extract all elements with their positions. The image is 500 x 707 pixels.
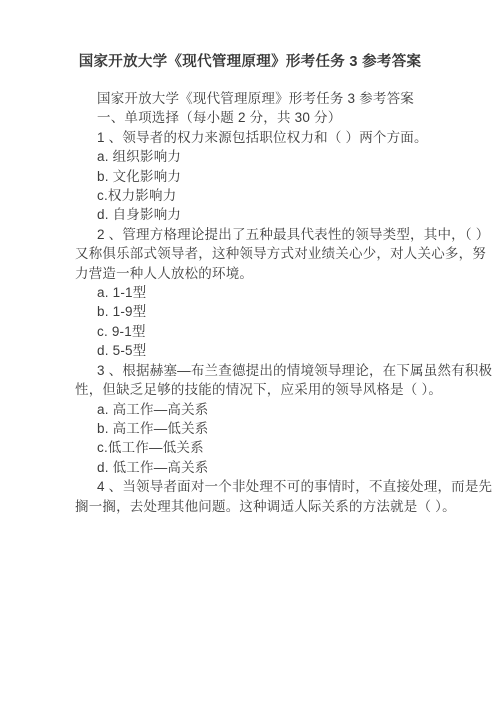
document-page: 国家开放大学《现代管理原理》形考任务 3 参考答案 国家开放大学《现代管理原理》… [0,0,500,707]
question-2-text-line-1: 2 、管理方格理论提出了五种最具代表性的领导类型，其中，（ ） [75,225,440,244]
question-2-text-line-2: 又称俱乐部式领导者，这种领导方式对业绩关心少，对人关心多，努 [75,244,440,263]
question-3-option-b: b. 高工作—低关系 [75,419,440,438]
question-2-option-b: b. 1-9型 [75,302,440,321]
document-body: 国家开放大学《现代管理原理》形考任务 3 参考答案 一、单项选择（每小题 2 分… [0,89,500,516]
question-3-option-c: c.低工作—低关系 [75,438,440,457]
document-subtitle: 国家开放大学《现代管理原理》形考任务 3 参考答案 [75,89,440,108]
question-3-option-d: d. 低工作—高关系 [75,458,440,477]
question-3-text-line-1: 3 、根据赫塞—布兰查德提出的情境领导理论，在下属虽然有积极 [75,361,440,380]
question-1-option-b: b. 文化影响力 [75,167,440,186]
question-4-text-line-2: 搁一搁，去处理其他问题。这种调适人际关系的方法就是（ ）。 [75,497,440,516]
question-1-option-c: c.权力影响力 [75,186,440,205]
question-3-option-a: a. 高工作—高关系 [75,400,440,419]
section-heading: 一、单项选择（每小题 2 分，共 30 分） [75,108,440,127]
question-1-option-d: d. 自身影响力 [75,205,440,224]
question-2-option-d: d. 5-5型 [75,341,440,360]
question-1-option-a: a. 组织影响力 [75,147,440,166]
question-1-text: 1 、领导者的权力来源包括职位权力和（ ）两个方面。 [75,128,440,147]
question-2-option-c: c. 9-1型 [75,322,440,341]
question-4-text-line-1: 4 、当领导者面对一个非处理不可的事情时，不直接处理，而是先 [75,477,440,496]
question-2-text-line-3: 力营造一种人人放松的环境。 [75,264,440,283]
question-2-option-a: a. 1-1型 [75,283,440,302]
document-title: 国家开放大学《现代管理原理》形考任务 3 参考答案 [0,52,500,72]
question-3-text-line-2: 性，但缺乏足够的技能的情况下，应采用的领导风格是（ ）。 [75,380,440,399]
